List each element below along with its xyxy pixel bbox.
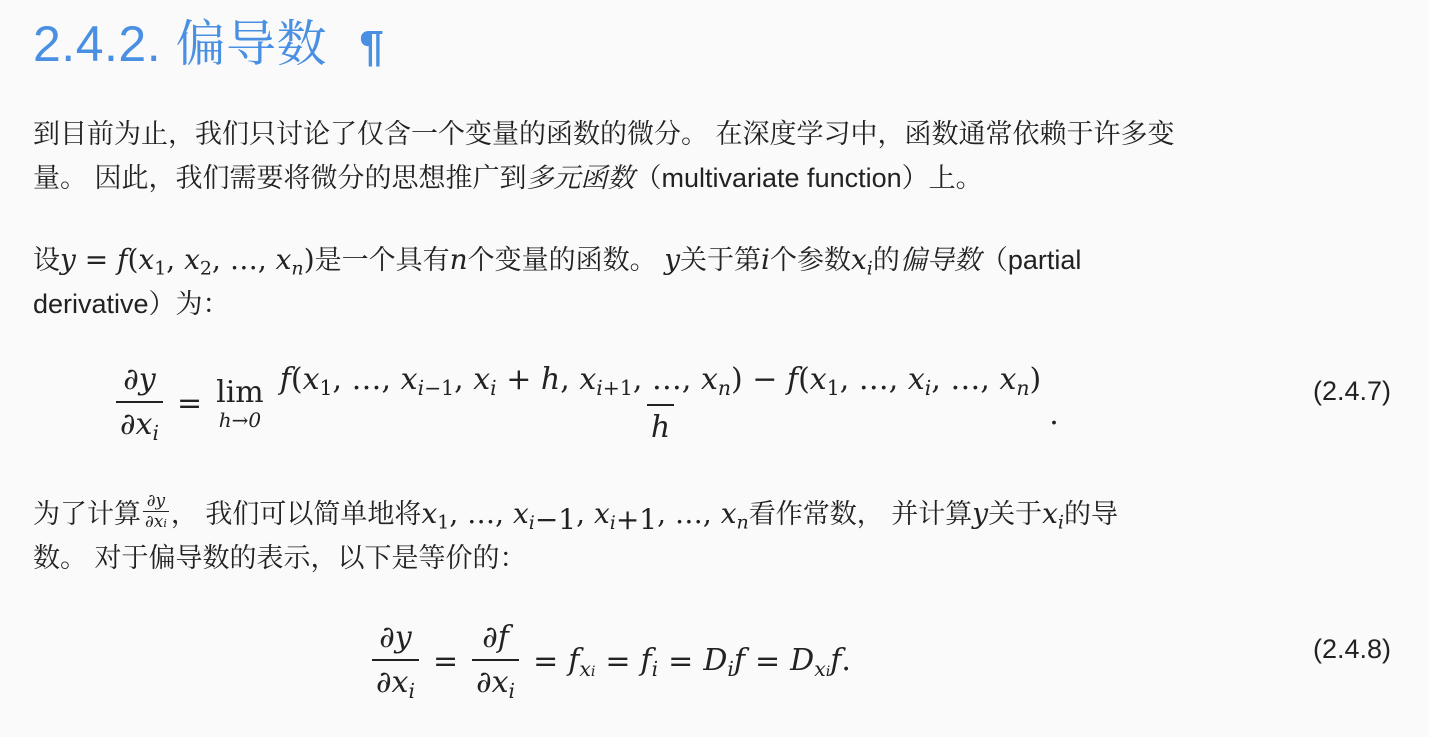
equation-2-4-7: ∂y ∂xi = lim h→0 f(x1, …, xi−1, xi + h, … (0, 362, 1429, 452)
term-f-xi: fxi (568, 643, 595, 681)
term-Dxif: Dxif. (790, 643, 851, 681)
equals-sign: = (668, 644, 693, 679)
math-inline: y = f(x1, x2, …, xn) (60, 243, 315, 276)
paragraph-definition: 设y = f(x1, x2, …, xn)是一个具有n个变量的函数。 y关于第i… (33, 238, 1403, 326)
term-Dif: Dif (703, 643, 745, 681)
equals-sign: = (755, 644, 780, 679)
equals-sign: = (177, 386, 202, 421)
paragraph-line: 数。 对于偏导数的表示，以下是等价的： (33, 536, 1403, 580)
paragraph-line: 量。 因此，我们需要将微分的思想推广到多元函数（multivariate fun… (33, 156, 1403, 200)
equation-body: ∂y ∂xi = ∂f ∂xi = fxi = fi = Dif = Dxif. (368, 620, 851, 703)
fraction-rhs: f(x1, …, xi−1, xi + h, xi+1, …, xn) − f(… (276, 362, 1046, 445)
document-page: 2.4.2. 偏导数 ¶ 到目前为止，我们只讨论了仅含一个变量的函数的微分。 在… (0, 0, 1429, 737)
equals-sign: = (433, 644, 458, 679)
text: （partial (981, 245, 1082, 275)
equation-number: (2.4.8) (1313, 634, 1391, 665)
paragraph-line: 到目前为止，我们只讨论了仅含一个变量的函数的微分。 在深度学习中，函数通常依赖于… (33, 112, 1403, 156)
emphasis-term: 多元函数 (527, 163, 635, 193)
equation-number: (2.4.7) (1313, 376, 1391, 407)
section-title: 偏导数 (176, 16, 328, 72)
text: ， 我们可以简单地将 (171, 499, 422, 529)
math-inline: y (972, 497, 988, 530)
text: 是一个具有 (315, 245, 450, 275)
text: 关于第 (680, 245, 761, 275)
equals-sign: = (605, 644, 630, 679)
paragraph-line: 为了计算∂y∂xi， 我们可以简单地将x1, …, xi−1, xi+1, …,… (33, 492, 1403, 536)
text: 关于 (988, 499, 1042, 529)
text: 个参数 (770, 245, 851, 275)
equation-body: ∂y ∂xi = lim h→0 f(x1, …, xi−1, xi + h, … (112, 362, 1059, 445)
math-inline: x1, …, xi−1, xi+1, …, xn (421, 497, 748, 530)
term-fi: fi (641, 643, 659, 681)
text: 的 (873, 245, 900, 275)
section-heading: 2.4.2. 偏导数 ¶ (33, 12, 384, 79)
period: . (1049, 397, 1059, 432)
fraction-df-dxi: ∂f ∂xi (472, 620, 519, 703)
equals-sign: = (533, 644, 558, 679)
emphasis-term: 偏导数 (900, 245, 981, 275)
math-inline: xi (1042, 497, 1064, 530)
fraction-lhs: ∂y ∂xi (116, 362, 163, 445)
paragraph-method: 为了计算∂y∂xi， 我们可以简单地将x1, …, xi−1, xi+1, …,… (33, 492, 1403, 580)
text: 的导 (1064, 499, 1118, 529)
text: 为了计算 (33, 499, 141, 529)
permalink-anchor-icon[interactable]: ¶ (359, 22, 384, 71)
math-inline: n (450, 243, 468, 276)
paragraph-intro: 到目前为止，我们只讨论了仅含一个变量的函数的微分。 在深度学习中，函数通常依赖于… (33, 112, 1403, 200)
math-inline: xi (851, 243, 873, 276)
text: （multivariate function）上。 (635, 163, 983, 193)
text: 看作常数， 并计算 (749, 499, 973, 529)
text: 量。 因此，我们需要将微分的思想推广到 (33, 163, 527, 193)
limit-operator: lim h→0 (216, 375, 264, 432)
text: 设 (33, 245, 60, 275)
paragraph-line: 设y = f(x1, x2, …, xn)是一个具有n个变量的函数。 y关于第i… (33, 238, 1403, 282)
paragraph-line: derivative）为： (33, 282, 1403, 326)
section-number: 2.4.2. (33, 16, 161, 72)
equation-2-4-8: ∂y ∂xi = ∂f ∂xi = fxi = fi = Dif = Dxif.… (0, 620, 1429, 720)
text: 个变量的函数。 (468, 245, 665, 275)
math-inline: i (761, 243, 770, 276)
math-inline-fraction: ∂y∂xi (143, 492, 169, 533)
math-inline: y (664, 243, 680, 276)
fraction-dy-dxi: ∂y ∂xi (372, 620, 419, 703)
